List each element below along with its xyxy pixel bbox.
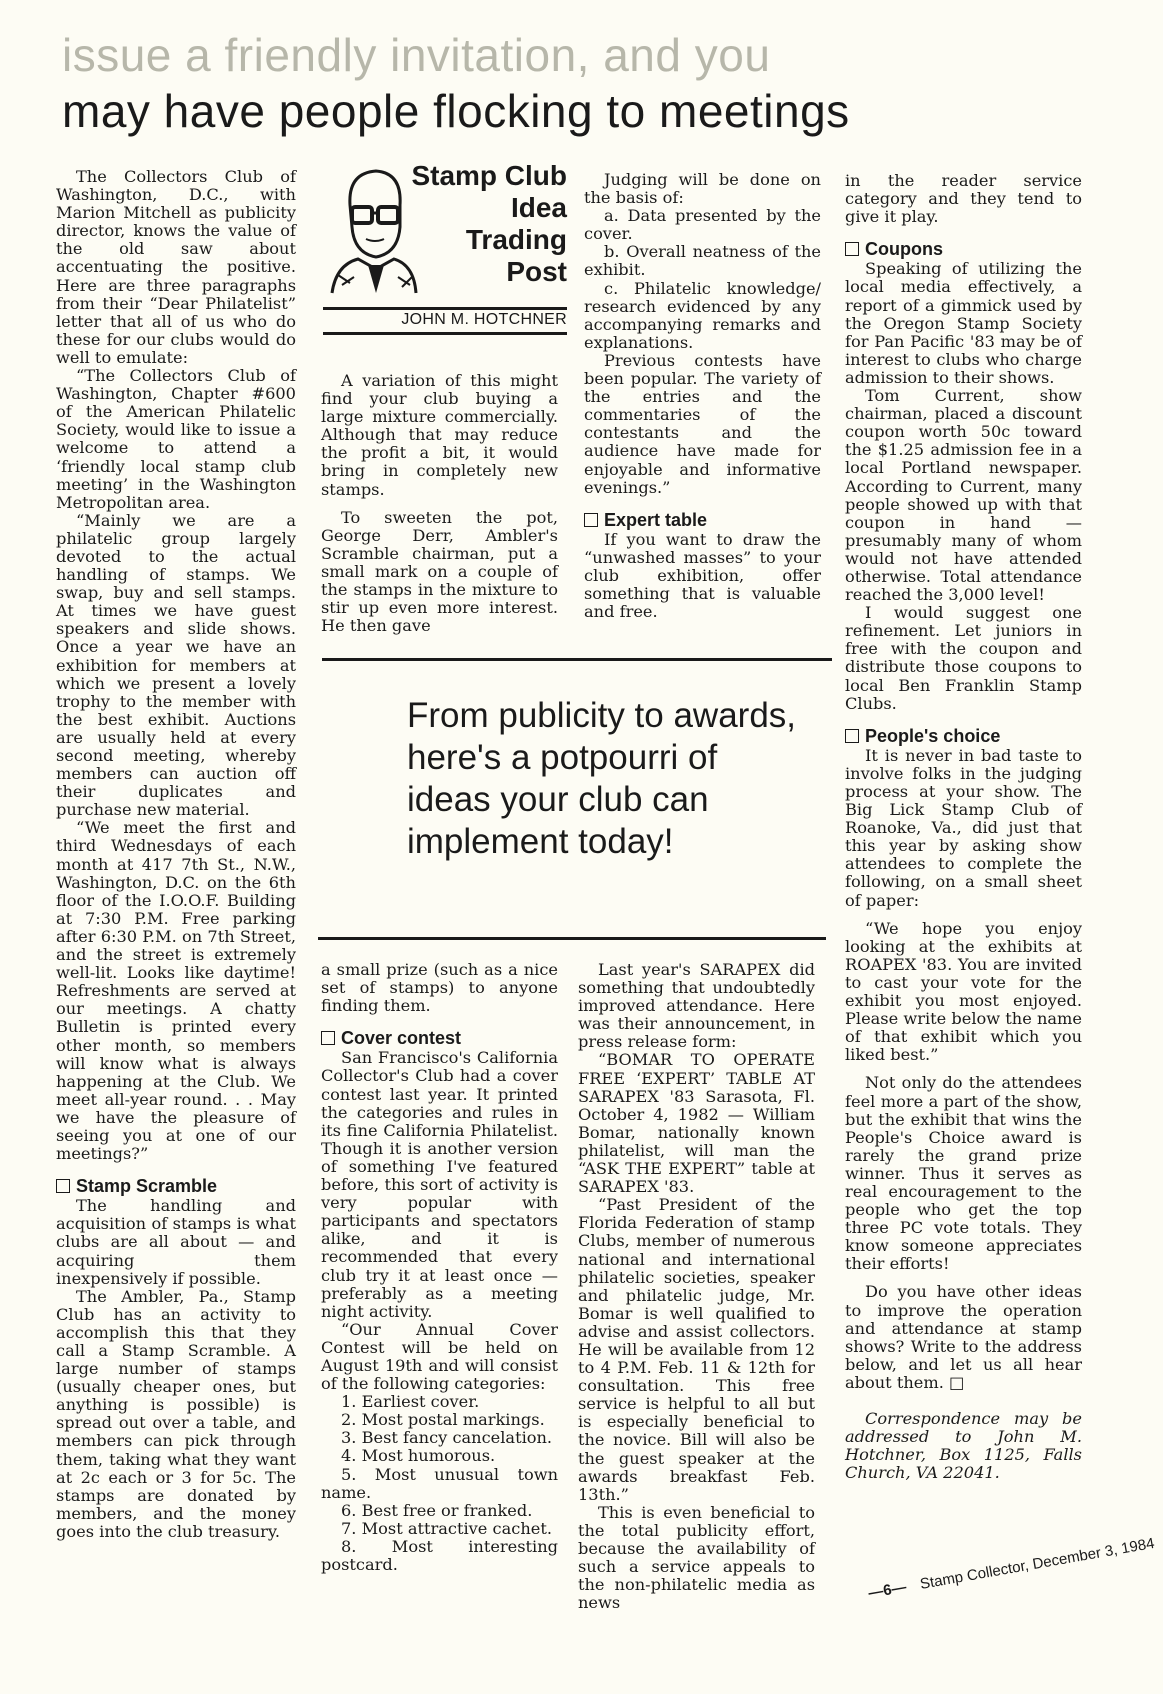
paragraph: This is even beneficial to the total pub… — [578, 1504, 815, 1613]
paragraph: I would suggest one refinement. Let juni… — [845, 604, 1082, 713]
paragraph: Tom Current, show chairman, placed a dis… — [845, 387, 1082, 604]
pullquote: From publicity to awards, here's a potpo… — [407, 695, 807, 863]
column-3-top: Judging will be done on the basis of: a.… — [584, 171, 821, 621]
list-item: 4. Most humorous. — [321, 1447, 558, 1465]
list-item: b. Overall neatness of the exhibit. — [584, 243, 821, 279]
byline: JOHN M. HOTCHNER — [323, 311, 567, 329]
column-title: Stamp Club Idea Trading Post — [411, 160, 567, 288]
list-item: 6. Best free or franked. — [321, 1502, 558, 1520]
checkbox-bullet-icon — [845, 242, 859, 256]
publication-line: Stamp Collector, December 3, 1984 — [919, 1535, 1156, 1593]
page-number: —6— — [867, 1579, 908, 1602]
section-heading-expert-table: Expert table — [584, 511, 821, 529]
checkbox-bullet-icon — [321, 1031, 335, 1045]
paragraph: Not only do the attendees feel more a pa… — [845, 1074, 1082, 1273]
quote-paragraph: “We hope you enjoy looking at the exhibi… — [845, 920, 1082, 1065]
paragraph: Do you have other ideas to improve the o… — [845, 1283, 1082, 1392]
divider — [323, 307, 567, 310]
paragraph: To sweeten the pot, George Derr, Ambler'… — [321, 509, 558, 636]
list-item: 7. Most attractive cachet. — [321, 1520, 558, 1538]
checkbox-bullet-icon — [56, 1179, 70, 1193]
divider — [318, 937, 826, 940]
list-item: 3. Best fancy cancelation. — [321, 1429, 558, 1447]
paragraph: The Collectors Club of Washington, D.C.,… — [56, 168, 296, 367]
column-banner: Stamp Club Idea Trading Post JOHN M. HOT… — [323, 160, 567, 330]
column-4: in the reader service category and they … — [845, 172, 1082, 1482]
section-heading-coupons: Coupons — [845, 240, 1082, 258]
page-footer: —6— Stamp Collector, December 3, 1984 — [867, 1535, 1156, 1602]
paragraph: in the reader service category and they … — [845, 172, 1082, 226]
author-portrait-icon — [328, 165, 418, 295]
section-heading-cover-contest: Cover contest — [321, 1029, 558, 1047]
paragraph: If you want to draw the “unwashed masses… — [584, 531, 821, 621]
column-1: The Collectors Club of Washington, D.C.,… — [56, 168, 296, 1541]
paragraph: “Our Annual Cover Contest will be held o… — [321, 1321, 558, 1393]
list-item: 2. Most postal markings. — [321, 1411, 558, 1429]
paragraph: Speaking of utilizing the local media ef… — [845, 260, 1082, 387]
list-item: c. Philatelic knowledge/ research eviden… — [584, 280, 821, 352]
paragraph: Judging will be done on the basis of: — [584, 171, 821, 207]
paragraph: “We meet the first and third Wednesdays … — [56, 819, 296, 1163]
checkbox-bullet-icon — [845, 729, 859, 743]
paragraph: The Ambler, Pa., Stamp Club has an activ… — [56, 1288, 296, 1541]
headline-line-1: issue a friendly invitation, and you — [62, 32, 770, 78]
correspondence-note: Correspondence may be addressed to John … — [845, 1410, 1082, 1482]
list-item: 5. Most unusual town name. — [321, 1466, 558, 1502]
paragraph: “The Collectors Club of Washington, Chap… — [56, 367, 296, 512]
divider — [322, 658, 832, 661]
paragraph: “Mainly we are a philatelic group largel… — [56, 512, 296, 820]
list-item: a. Data presented by the cover. — [584, 207, 821, 243]
paragraph: The handling and acquisition of stamps i… — [56, 1197, 296, 1287]
section-heading-peoples-choice: People's choice — [845, 727, 1082, 745]
column-2-top: A variation of this might find your club… — [321, 372, 558, 635]
checkbox-bullet-icon — [584, 513, 598, 527]
paragraph: Previous contests have been popular. The… — [584, 352, 821, 497]
column-3-bottom: Last year's SARAPEX did something that u… — [578, 961, 815, 1612]
paragraph: a small prize (such as a nice set of sta… — [321, 961, 558, 1015]
list-item: 1. Earliest cover. — [321, 1393, 558, 1411]
list-item: 8. Most interesting postcard. — [321, 1538, 558, 1574]
paragraph: San Francisco's California Collector's C… — [321, 1049, 558, 1320]
column-2-bottom: a small prize (such as a nice set of sta… — [321, 961, 558, 1574]
headline-line-2: may have people flocking to meetings — [62, 88, 850, 134]
section-heading-stamp-scramble: Stamp Scramble — [56, 1177, 296, 1195]
paragraph: A variation of this might find your club… — [321, 372, 558, 499]
paragraph: It is never in bad taste to involve folk… — [845, 747, 1082, 910]
paragraph: “BOMAR TO OPERATE FREE ‘EXPERT’ TABLE AT… — [578, 1051, 815, 1196]
paragraph: Last year's SARAPEX did something that u… — [578, 961, 815, 1051]
paragraph: “Past President of the Florida Federatio… — [578, 1196, 815, 1504]
divider — [323, 332, 567, 335]
